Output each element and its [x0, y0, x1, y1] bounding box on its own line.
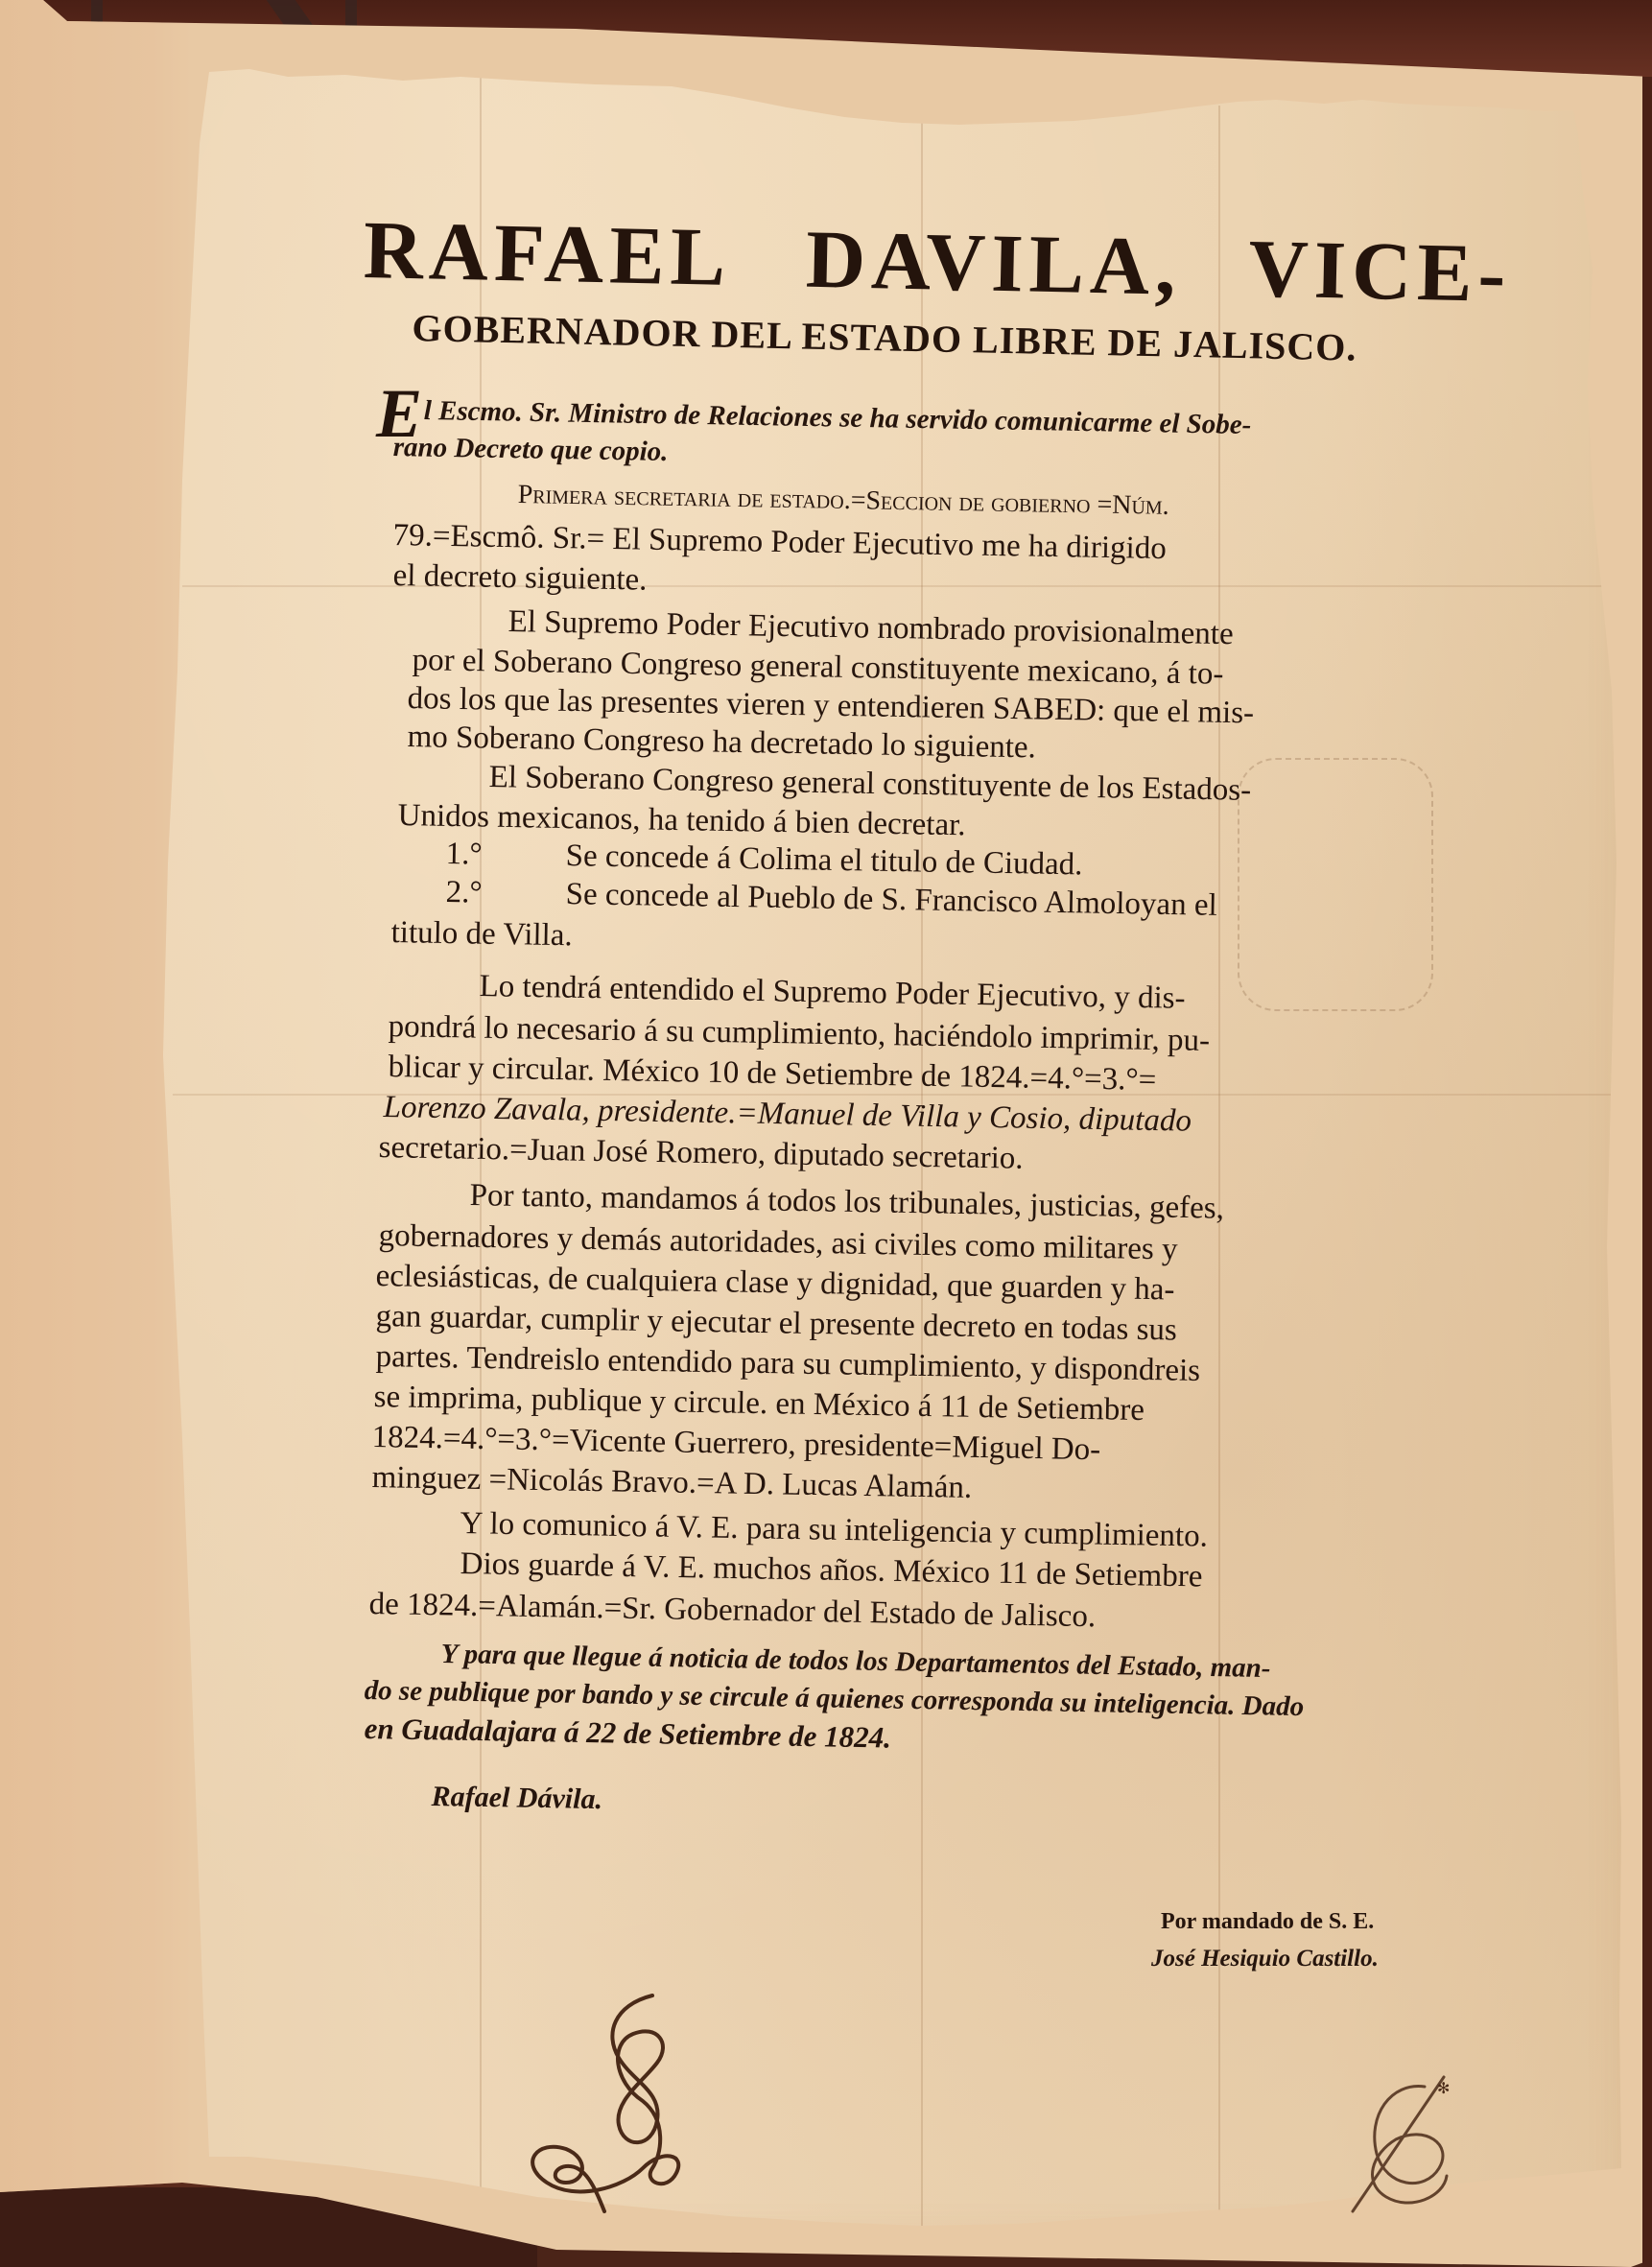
signature-name-left: Rafael Dávila.	[431, 1781, 602, 1816]
article-text: titulo de Villa.	[390, 915, 573, 954]
header-line: el decreto siguiente.	[392, 558, 647, 599]
title-word: DAVILA,	[805, 211, 1183, 315]
article-number: 1.°	[445, 837, 483, 873]
article-number: 2.°	[445, 875, 483, 911]
signature-rubric-right: ✻	[1333, 2072, 1468, 2216]
title-word: RAFAEL	[363, 201, 732, 305]
title-word: VICE-	[1248, 222, 1513, 319]
rubric-stroke	[532, 1995, 678, 2211]
mat-shade	[0, 0, 192, 2207]
background-right-edge	[1642, 77, 1652, 2267]
intro-line: rano Decreto que copio.	[392, 432, 668, 468]
rubric-stroke	[1353, 2077, 1447, 2211]
signature-name-right: José Hesiquio Castillo.	[1151, 1946, 1379, 1972]
faded-stamp	[1238, 758, 1433, 1011]
signature-order-line: Por mandado de S. E.	[1161, 1909, 1374, 1935]
signature-rubric-left	[499, 1976, 729, 2235]
rubric-mark: ✻	[1437, 2079, 1450, 2097]
